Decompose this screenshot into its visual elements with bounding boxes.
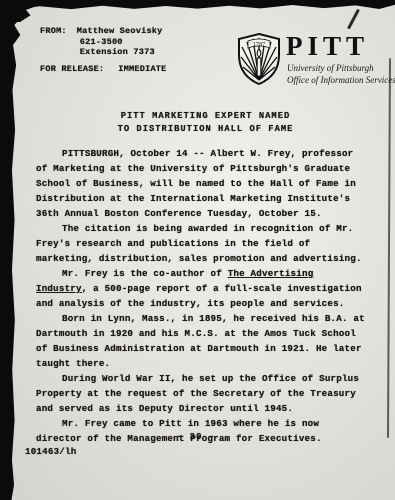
from-name: Matthew Seovisky — [77, 26, 163, 37]
paragraph-1: PITTSBURGH, October 14 -- Albert W. Frey… — [36, 146, 368, 221]
scan-edge-left — [0, 0, 26, 500]
pitt-shield-icon: 1787 — [238, 33, 280, 85]
file-code: 101463/lh — [25, 446, 76, 457]
logo-tagline: University of Pittsburgh Office of Infor… — [287, 63, 395, 86]
body-text: PITTSBURGH, October 14 -- Albert W. Frey… — [36, 146, 368, 446]
paragraph-5: During World War II, he set up the Offic… — [36, 371, 368, 416]
from-block: FROM: Matthew Seovisky 621-3500 Extensio… — [40, 26, 163, 58]
logo-tagline-line2: Office of Information Services — [287, 75, 395, 87]
pitt-wordmark: PITT — [286, 31, 369, 62]
paragraph-4: Born in Lynn, Mass., in 1895, he receive… — [36, 311, 368, 371]
end-mark: - 30 - — [16, 431, 376, 442]
paragraph-3: Mr. Frey is the co-author of The Adverti… — [36, 266, 368, 311]
release-value: IMMEDIATE — [118, 64, 166, 74]
headline: PITT MARKETING EXPERT NAMED TO DISTRIBUT… — [16, 110, 395, 135]
from-label: FROM: — [40, 26, 67, 58]
from-details: Matthew Seovisky 621-3500 Extension 7373 — [77, 26, 163, 58]
paragraph-3-tail: , a 500-page report of a full-scale inve… — [36, 283, 362, 309]
scan-edge-corner-blob — [14, 0, 44, 22]
scanned-press-release-page: FROM: Matthew Seovisky 621-3500 Extensio… — [0, 0, 395, 500]
handwritten-mark — [347, 9, 360, 30]
logo-tagline-line1: University of Pittsburgh — [287, 63, 395, 75]
scan-edge-top — [0, 0, 395, 12]
headline-line1: PITT MARKETING EXPERT NAMED — [16, 110, 395, 123]
shield-year: 1787 — [253, 41, 265, 48]
pitt-logo: 1787 PITT University of Pittsburgh Offic… — [238, 33, 388, 91]
paragraph-2: The citation is being awarded in recogni… — [36, 221, 368, 266]
release-row: FOR RELEASE:IMMEDIATE — [40, 64, 167, 74]
release-label: FOR RELEASE: — [40, 64, 104, 74]
headline-line2: TO DISTRIBUTION HALL OF FAME — [16, 123, 395, 136]
paragraph-3-lead: Mr. Frey is the co-author of — [62, 268, 228, 279]
from-phone: 621-3500 — [80, 37, 163, 48]
from-extension: Extension 7373 — [80, 47, 163, 58]
